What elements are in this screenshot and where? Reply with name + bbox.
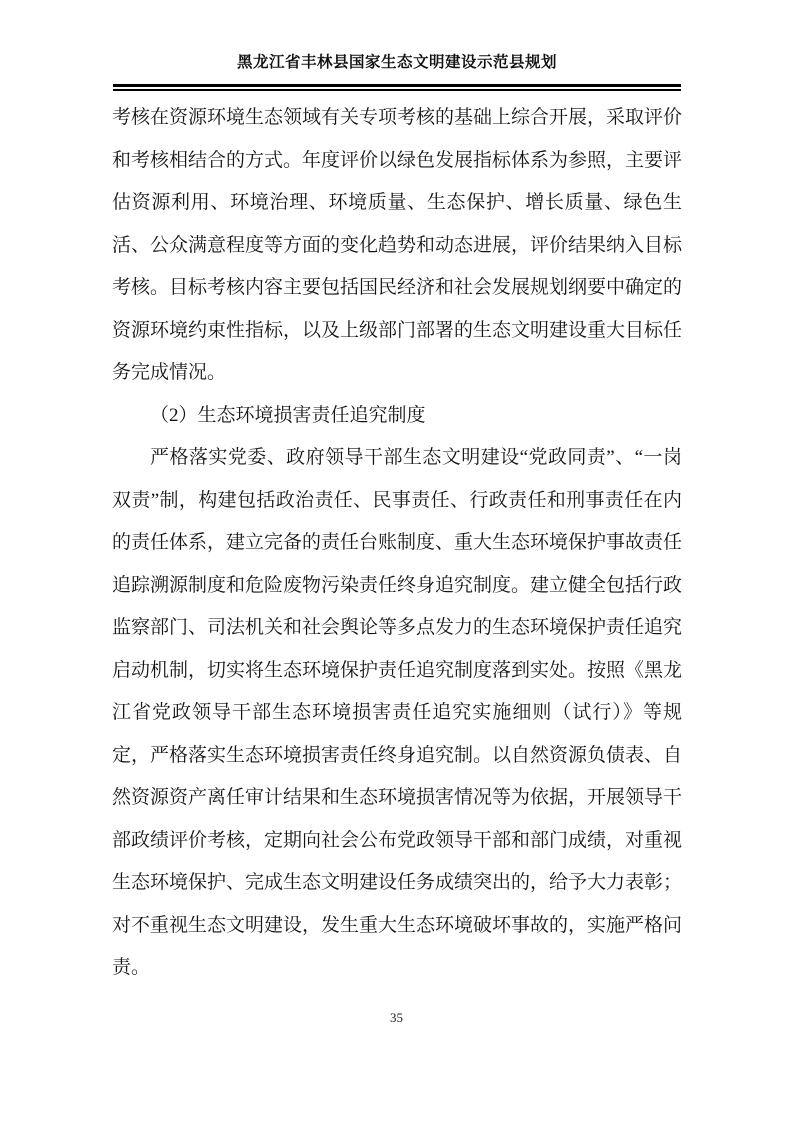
document-body: 考核在资源环境生态领域有关专项考核的基础上综合开展，采取评价和考核相结合的方式。… (0, 91, 793, 990)
header-rule (113, 84, 681, 91)
paragraph-accountability: 严格落实党委、政府领导干部生态文明建设“党政同责”、“一岗双责”制，构建包括政治… (112, 437, 682, 990)
page-number: 35 (390, 1010, 403, 1025)
page-header: 黑龙江省丰林县国家生态文明建设示范县规划 (0, 0, 793, 91)
paragraph-assessment: 考核在资源环境生态领域有关专项考核的基础上综合开展，采取评价和考核相结合的方式。… (112, 97, 682, 395)
page-footer: 35 (0, 1010, 793, 1026)
header-title: 黑龙江省丰林县国家生态文明建设示范县规划 (113, 50, 681, 72)
section-heading: （2）生态环境损害责任追究制度 (112, 395, 682, 438)
document-page: 黑龙江省丰林县国家生态文明建设示范县规划 考核在资源环境生态领域有关专项考核的基… (0, 0, 793, 1122)
header-rule-line-top (113, 84, 681, 87)
